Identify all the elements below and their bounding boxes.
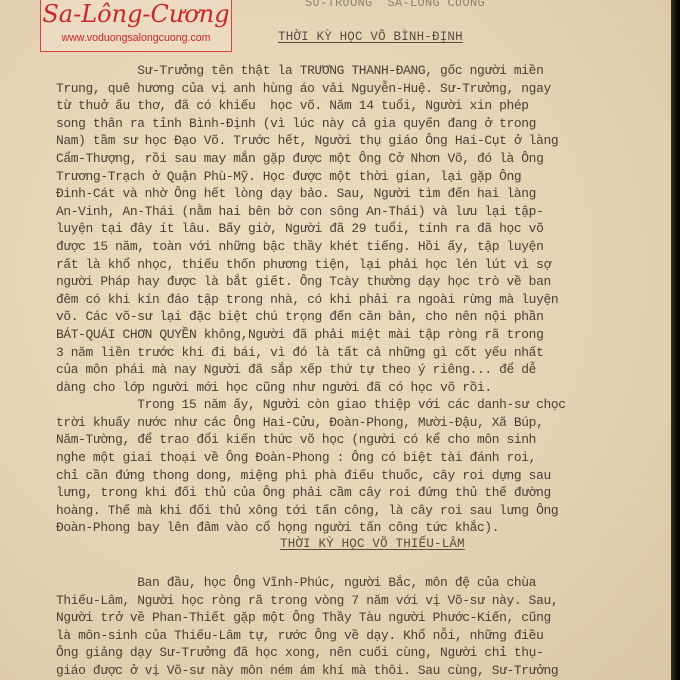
scanned-page: SƯ-TRƯỞNG SA-LONG CƯƠNG THỜI KỲ HỌC VÕ B…	[0, 0, 671, 680]
text-line: Thiếu-Lâm, Người học ròng rã trong vòng …	[56, 592, 558, 610]
watermark-url: www.voduongsalongcuong.com	[41, 31, 231, 45]
text-line: từ thuở ấu thơ, đã có khiếu học võ. Năm …	[56, 97, 566, 115]
text-line: rất là khổ nhọc, thiếu thốn phương tiện,…	[56, 256, 566, 274]
section-body-thieu-lam: Ban đầu, học Ông Vĩnh-Phúc, người Bắc, m…	[56, 574, 558, 680]
text-line: luyện tại đây ít lâu. Bấy giờ, Người đã …	[56, 220, 566, 238]
section-body-binh-dinh: Sư-Trưởng tên thật la TRƯƠNG THANH-ĐANG,…	[56, 62, 566, 537]
text-line: Đoàn-Phong bay lên đâm vào cổ họng người…	[56, 519, 566, 537]
text-line: giáo được ở vị Võ-sư này môn ném ám khí …	[56, 662, 558, 680]
text-line: trời khuấy nước như các Ông Hai-Cửu, Đoà…	[56, 414, 566, 432]
text-line: người Pháp hay được là bắt giết. Ông Tcà…	[56, 273, 566, 291]
text-line: lưng, trong khi đối thủ của Ông phải cầm…	[56, 484, 566, 502]
text-line: 3 năm liền trước khi đi bái, vì đó là tấ…	[56, 344, 566, 362]
text-line: An-Vinh, An-Thái (nằm hai bên bờ con sôn…	[56, 203, 566, 221]
text-line: hoàng. Thế mà khi đối thủ xông tới tấn c…	[56, 502, 566, 520]
text-line: Nam) tầm sư học Đạo Võ. Trước hết, Người…	[56, 132, 566, 150]
text-line: Cẩm-Thượng, rồi sau may mắn gặp được một…	[56, 150, 566, 168]
text-line: nghe một giai thoại về Ông Đoàn-Phong : …	[56, 449, 566, 467]
watermark-logo: Sa-Lông-Cương www.voduongsalongcuong.com	[40, 0, 232, 52]
text-line: BÁT-QUÁI CHƠN QUYỀN không,Người đã phải …	[56, 326, 566, 344]
text-line: Trong 15 năm ấy, Người còn giao thiệp vớ…	[56, 396, 566, 414]
text-line: Sư-Trưởng tên thật la TRƯƠNG THANH-ĐANG,…	[56, 62, 566, 80]
text-line: võ. Các võ-sư lại đặc biệt chú trọng đến…	[56, 308, 566, 326]
watermark-title: Sa-Lông-Cương	[41, 0, 231, 28]
section-title-thieu-lam: THỜI KỲ HỌC VÕ THIẾU-LÂM	[280, 537, 465, 551]
text-line: Người trở về Phan-Thiết gặp một Ông Thầy…	[56, 609, 558, 627]
text-line: Năm-Tường, để trao đổi kiến thức võ học …	[56, 431, 566, 449]
text-line: Ban đầu, học Ông Vĩnh-Phúc, người Bắc, m…	[56, 574, 558, 592]
text-line: Trung, quê hương của vị anh hùng áo vải …	[56, 80, 566, 98]
text-line: chỉ cần đứng thong dong, miệng phì phà đ…	[56, 467, 566, 485]
text-line: song thân ra tỉnh Bình-Định (vì lúc này …	[56, 115, 566, 133]
text-line: Đinh-Cát và nhờ Ông hết lòng dạy bảo. Sa…	[56, 185, 566, 203]
scan-edge-shadow	[671, 0, 680, 680]
text-line: là môn-sinh của Thiếu-Lâm tự, rước Ông v…	[56, 627, 558, 645]
text-line: của môn phái mà nay Người đã sắp xếp thứ…	[56, 361, 566, 379]
text-line: đêm có khi kín đáo tập trong nhà, có khi…	[56, 291, 566, 309]
section-title-binh-dinh: THỜI KỲ HỌC VÕ BÌNH-ĐỊNH	[278, 30, 463, 44]
text-line: dàng cho lớp người mới học cũng như ngườ…	[56, 379, 566, 397]
text-line: Trương-Trạch ở Quận Phù-Mỹ. Học được một…	[56, 168, 566, 186]
text-line: Ông giảng dạy Sư-Trưởng đã học xong, nên…	[56, 644, 558, 662]
text-line: được 15 năm, toàn với những bậc thầy khé…	[56, 238, 566, 256]
document-header: SƯ-TRƯỞNG SA-LONG CƯƠNG	[305, 0, 485, 10]
